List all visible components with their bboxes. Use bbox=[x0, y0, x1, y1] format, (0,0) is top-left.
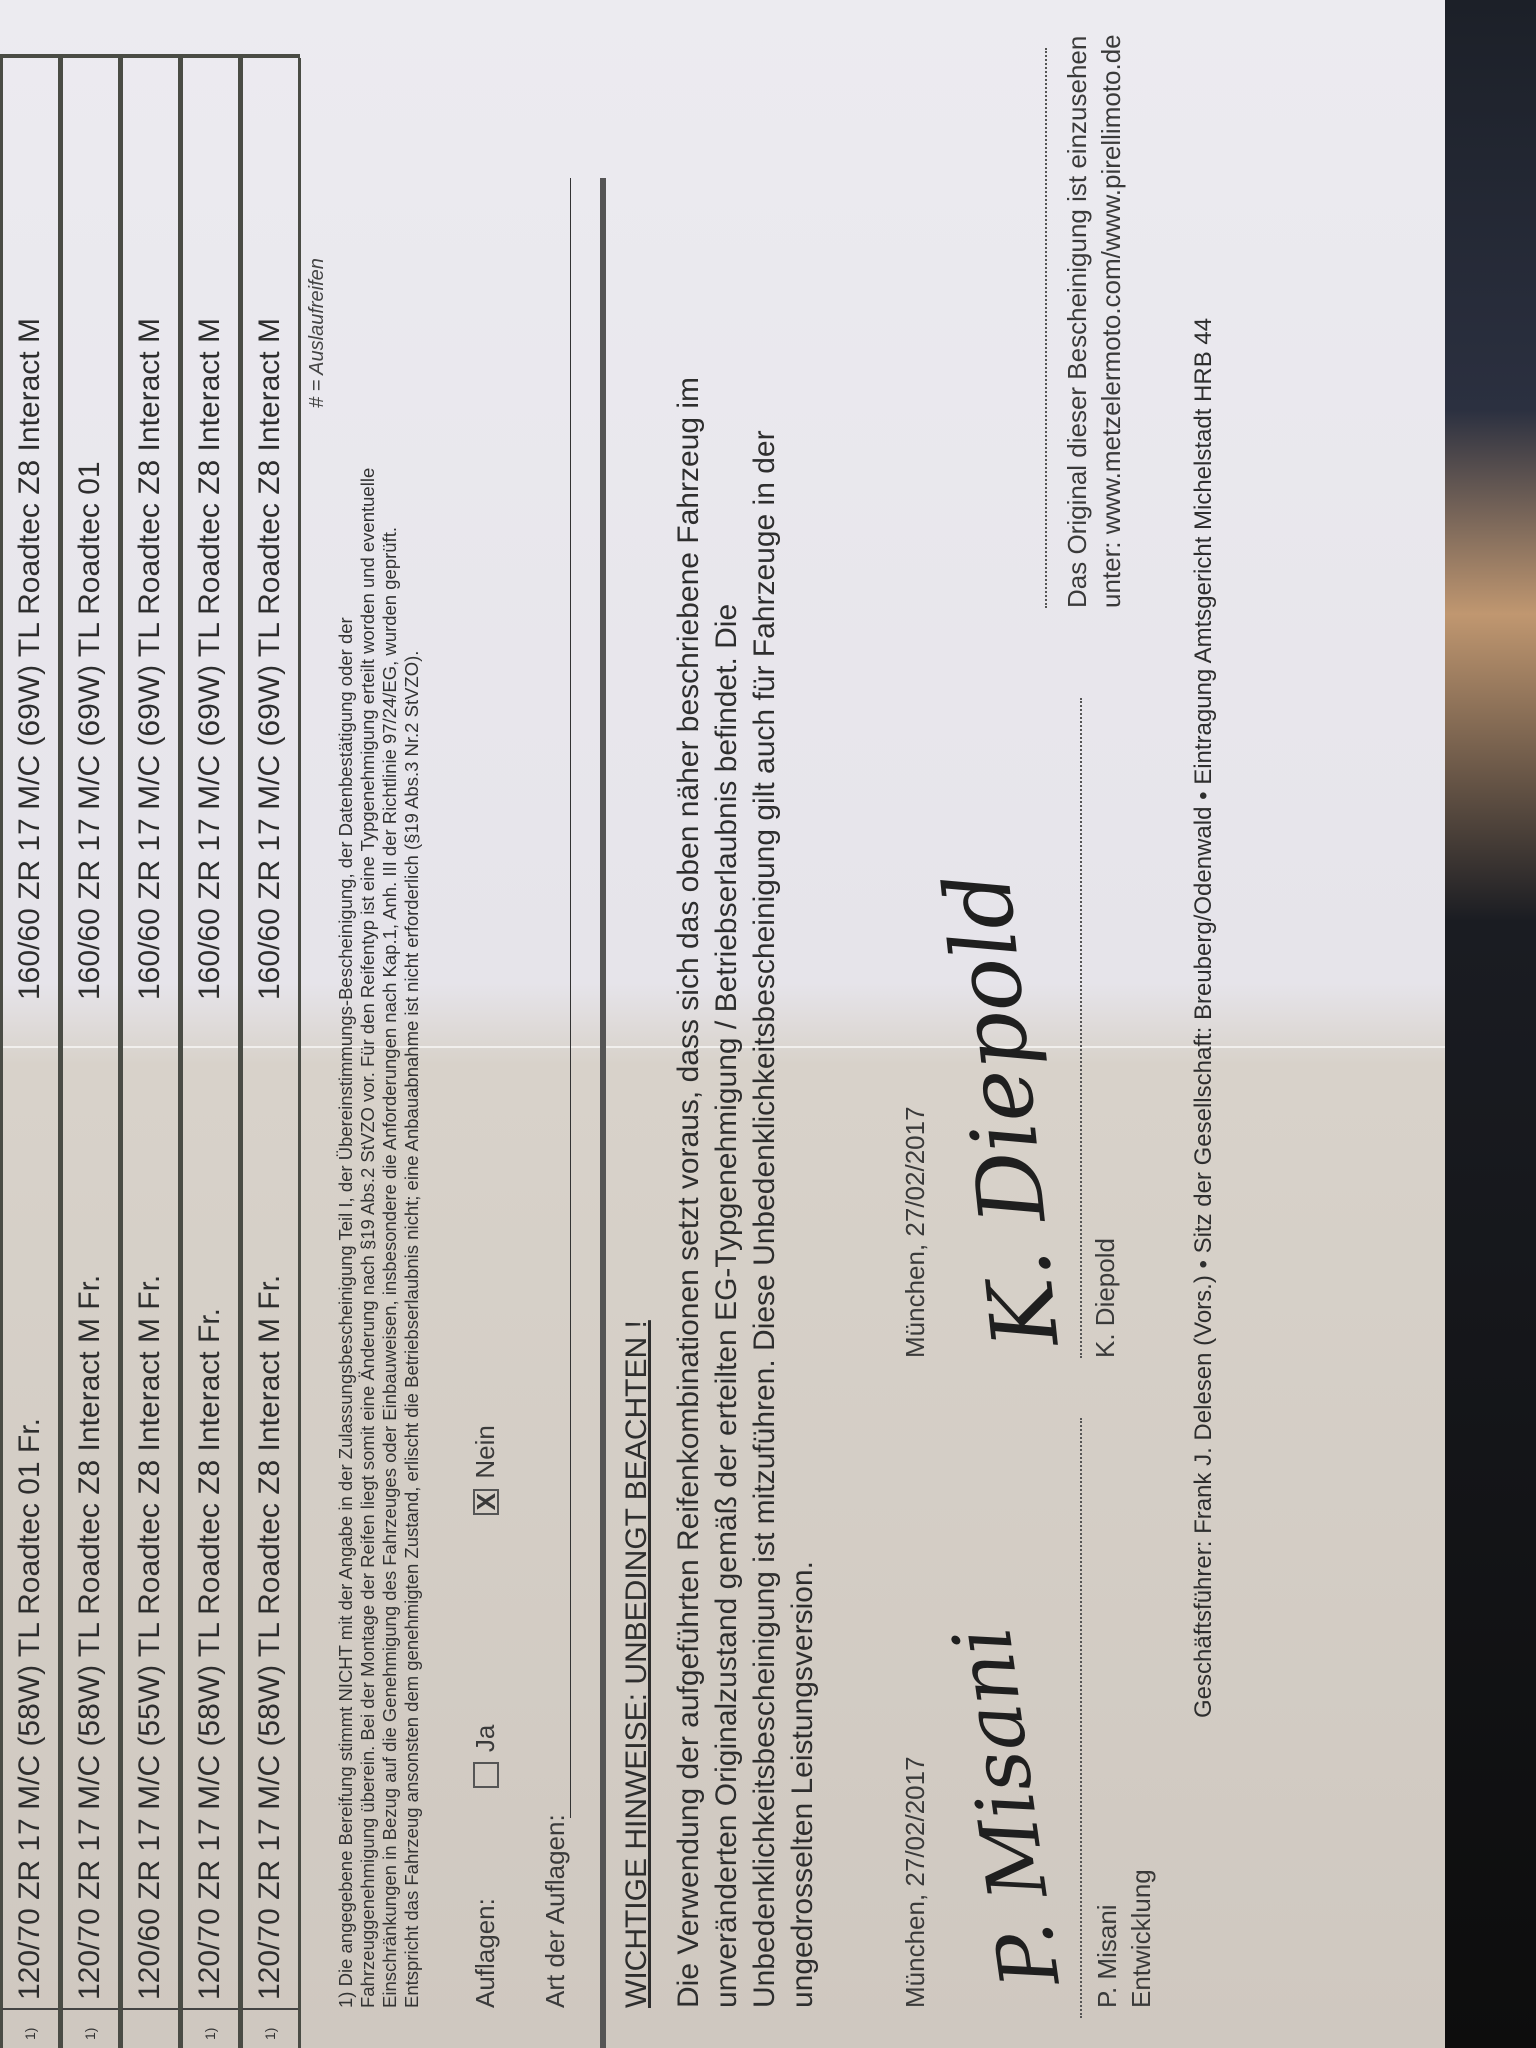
art-der-auflagen-field[interactable] bbox=[570, 178, 571, 1818]
row-footnote-marker: 1) bbox=[202, 2010, 218, 2048]
table-row: 1) 120/70 ZR 17 M/C (58W) TL Roadtec 01 … bbox=[2, 0, 58, 2048]
signatory-2: K. Diepold bbox=[1090, 1238, 1121, 1358]
table-right-border bbox=[0, 54, 300, 58]
table-bottom-rule bbox=[298, 58, 301, 2048]
cell-divider bbox=[242, 2008, 298, 2010]
option-label: Nein bbox=[470, 1425, 501, 1478]
original-note-line2: unter: www.metzelermoto.com/www.pirellim… bbox=[1094, 34, 1128, 608]
table-row: 1) 120/70 ZR 17 M/C (58W) TL Roadtec Z8 … bbox=[242, 0, 298, 2048]
row-footnote-marker: 1) bbox=[262, 2010, 278, 2048]
company-footer: Geschäftsführer: Frank J. Delesen (Vors.… bbox=[1190, 318, 1218, 1718]
original-note-line1: Das Original dieser Bescheinigung ist ei… bbox=[1060, 34, 1094, 608]
art-der-auflagen-label: Art der Auflagen: bbox=[540, 1814, 571, 2008]
handwritten-signature-diepold: K. Diepold bbox=[925, 867, 1079, 1352]
cell-divider bbox=[2, 2008, 58, 2010]
signatory-1: P. Misani Entwicklung bbox=[1090, 1869, 1158, 2008]
auslaufreifen-legend: # = Auslaufreifen bbox=[306, 258, 329, 408]
front-tire: 120/70 ZR 17 M/C (58W) TL Roadtec Z8 Int… bbox=[193, 1040, 227, 2000]
section-divider bbox=[600, 178, 606, 2048]
option-label: Ja bbox=[470, 1725, 501, 1752]
rear-tire: 160/60 ZR 17 M/C (69W) TL Roadtec Z8 Int… bbox=[13, 318, 47, 1000]
checkbox-ja[interactable] bbox=[473, 1762, 499, 1788]
place-date-2: München, 27/02/2017 bbox=[900, 1106, 931, 1358]
front-tire: 120/70 ZR 17 M/C (58W) TL Roadtec Z8 Int… bbox=[73, 1040, 107, 2000]
front-tire: 120/70 ZR 17 M/C (58W) TL Roadtec 01 Fr. bbox=[13, 1040, 47, 2000]
signature-line-3 bbox=[1045, 48, 1047, 608]
table-row: 1) 120/70 ZR 17 M/C (58W) TL Roadtec Z8 … bbox=[182, 0, 238, 2048]
checkbox-nein-checked[interactable]: X bbox=[473, 1489, 499, 1515]
rear-tire: 160/60 ZR 17 M/C (69W) TL Roadtec 01 bbox=[73, 461, 107, 1000]
cell-divider bbox=[62, 2008, 118, 2010]
rear-tire: 160/60 ZR 17 M/C (69W) TL Roadtec Z8 Int… bbox=[253, 318, 287, 1000]
auflagen-label: Auflagen: bbox=[470, 1898, 501, 2008]
auflagen-field: Auflagen: Ja X Nein bbox=[470, 1215, 501, 2008]
front-tire: 120/60 ZR 17 M/C (55W) TL Roadtec Z8 Int… bbox=[133, 1040, 167, 2000]
rear-tire: 160/60 ZR 17 M/C (69W) TL Roadtec Z8 Int… bbox=[193, 318, 227, 1000]
option-nein[interactable]: X Nein bbox=[470, 1425, 501, 1514]
row-footnote-marker: 1) bbox=[82, 2010, 98, 2048]
table-row: 120/60 ZR 17 M/C (55W) TL Roadtec Z8 Int… bbox=[122, 0, 178, 2048]
signature-line-1 bbox=[1080, 1418, 1082, 2018]
original-note: Das Original dieser Bescheinigung ist ei… bbox=[1060, 34, 1128, 608]
tire-certificate-page: 1) 120/70 ZR 17 M/C (58W) TL Roadtec 01 … bbox=[0, 0, 1445, 2048]
place-date-1: München, 27/02/2017 bbox=[900, 1756, 931, 2008]
hinweise-body: Die Verwendung der aufgeführten Reifenko… bbox=[670, 328, 822, 2008]
cell-divider bbox=[122, 2008, 178, 2010]
signatory-name: P. Misani bbox=[1090, 1869, 1124, 2008]
signature-line-2 bbox=[1080, 698, 1082, 1358]
footnote-text: 1) Die angegebene Bereifung stimmt NICHT… bbox=[335, 448, 423, 2008]
signatory-name: K. Diepold bbox=[1090, 1238, 1121, 1358]
handwritten-signature-misani: P. Misani bbox=[935, 1621, 1077, 1992]
signatory-role: Entwicklung bbox=[1124, 1869, 1158, 2008]
hinweise-heading: WICHTIGE HINWEISE: UNBEDINGT BEACHTEN ! bbox=[620, 1320, 654, 2008]
rear-tire: 160/60 ZR 17 M/C (69W) TL Roadtec Z8 Int… bbox=[133, 318, 167, 1000]
table-row: 1) 120/70 ZR 17 M/C (58W) TL Roadtec Z8 … bbox=[62, 0, 118, 2048]
cell-divider bbox=[182, 2008, 238, 2010]
row-footnote-marker: 1) bbox=[22, 2010, 38, 2048]
option-ja[interactable]: Ja bbox=[470, 1725, 501, 1788]
front-tire: 120/70 ZR 17 M/C (58W) TL Roadtec Z8 Int… bbox=[253, 1040, 287, 2000]
